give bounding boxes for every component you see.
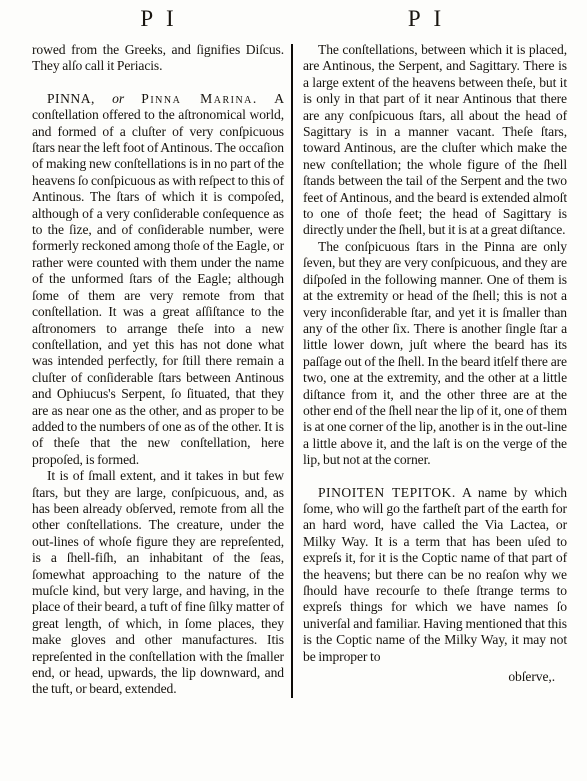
pinna-headword: PINNA, [47, 91, 95, 106]
text-columns: rowed from the Greeks, and ſignifies Diſ… [32, 42, 567, 698]
running-head-right: P I [286, 6, 567, 32]
catchword: obſerve,. [303, 669, 567, 685]
pinna-stars-paragraph: The conſpicuous ſtars in the Pinna are o… [303, 239, 567, 469]
left-column: rowed from the Greeks, and ſignifies Diſ… [32, 42, 291, 698]
pinoiten-entry-paragraph: PINOITEN TEPITOK. A name by which ſome, … [303, 485, 567, 665]
right-column: The conſtellations, between which it is … [293, 42, 567, 698]
book-page: P I P I rowed from the Greeks, and ſigni… [0, 0, 587, 781]
pinna-description-paragraph: It is of ſmall extent, and it takes in b… [32, 468, 284, 698]
pinna-alt-name: Pinna Marina. [141, 91, 258, 106]
pinna-or-word: or [112, 91, 124, 106]
pinoiten-entry-body: A name by which ſome, who will go the fa… [303, 485, 567, 664]
continuation-paragraph: rowed from the Greeks, and ſignifies Diſ… [32, 42, 284, 75]
pinna-entry-body: A conſtellation offered to the aſtronomi… [32, 91, 284, 467]
pinna-entry-paragraph: PINNA, or Pinna Marina. A conſtellation … [32, 91, 284, 468]
running-heads-row: P I P I [32, 6, 567, 42]
pinoiten-headword: PINOITEN TEPITOK. [318, 485, 456, 500]
running-head-left: P I [32, 6, 286, 32]
pinna-position-paragraph: The conſtellations, between which it is … [303, 42, 567, 239]
